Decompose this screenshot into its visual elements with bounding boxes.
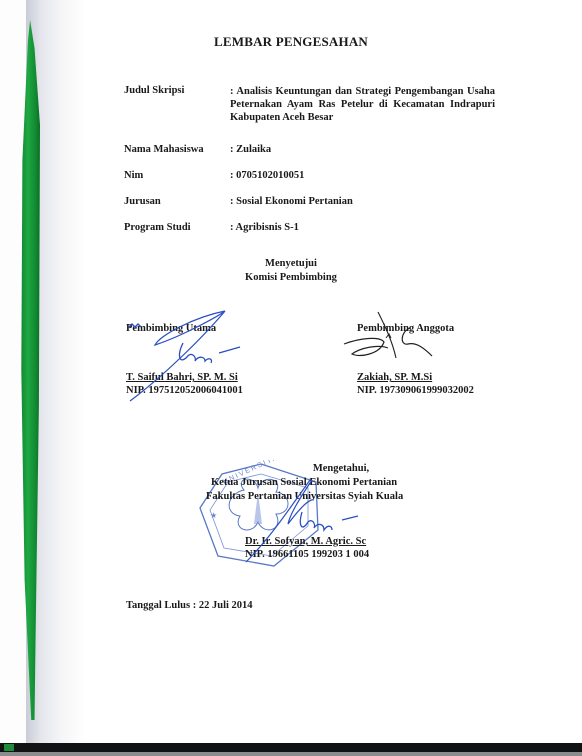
field-label: Judul Skripsi bbox=[124, 85, 229, 96]
head-of-department-nip: NIP. 19661105 199203 1 004 bbox=[245, 549, 369, 560]
supervisor-1-nip: NIP. 197512052006041001 bbox=[126, 385, 243, 396]
acknowledgement-heading: Mengetahui, bbox=[0, 463, 582, 474]
page-title: LEMBAR PENGESAHAN bbox=[0, 34, 582, 50]
field-value: : Analisis Keuntungan dan Strategi Penge… bbox=[230, 85, 495, 124]
supervisor-1-name: T. Saiful Bahri, SP. M. Si bbox=[126, 372, 238, 383]
field-label: Jurusan bbox=[124, 196, 229, 207]
scan-bottom-strip bbox=[0, 752, 582, 756]
head-of-department-name: Dr. Ir. Sofyan, M. Agric. Sc bbox=[245, 536, 366, 547]
field-value: : Agribisnis S-1 bbox=[230, 222, 299, 233]
ribbon-end bbox=[4, 744, 14, 751]
approval-subheading: Komisi Pembimbing bbox=[0, 272, 582, 283]
signature-supervisor-2 bbox=[340, 310, 460, 380]
supervisor-2-nip: NIP. 197309061999032002 bbox=[357, 385, 474, 396]
supervisor-1-role: Pembimbing Utama bbox=[126, 323, 216, 334]
field-value: : 0705102010051 bbox=[230, 170, 304, 181]
acknowledgement-faculty: Fakultas Pertanian Universitas Syiah Kua… bbox=[206, 491, 403, 502]
svg-text:★: ★ bbox=[210, 511, 217, 520]
field-value: : Zulaika bbox=[230, 144, 271, 155]
field-label: Nama Mahasiswa bbox=[124, 144, 229, 155]
graduation-date: Tanggal Lulus : 22 Juli 2014 bbox=[126, 600, 253, 611]
acknowledgement-position: Ketua Jurusan Sosial Ekonomi Pertanian bbox=[211, 477, 397, 488]
field-label: Program Studi bbox=[124, 222, 229, 233]
approval-heading: Menyetujui bbox=[0, 258, 582, 269]
field-value: : Sosial Ekonomi Pertanian bbox=[230, 196, 353, 207]
scan-bottom-edge bbox=[0, 743, 582, 752]
supervisor-2-role: Pembimbing Anggota bbox=[357, 323, 454, 334]
field-label: Nim bbox=[124, 170, 229, 181]
supervisor-2-name: Zakiah, SP. M.Si bbox=[357, 372, 432, 383]
